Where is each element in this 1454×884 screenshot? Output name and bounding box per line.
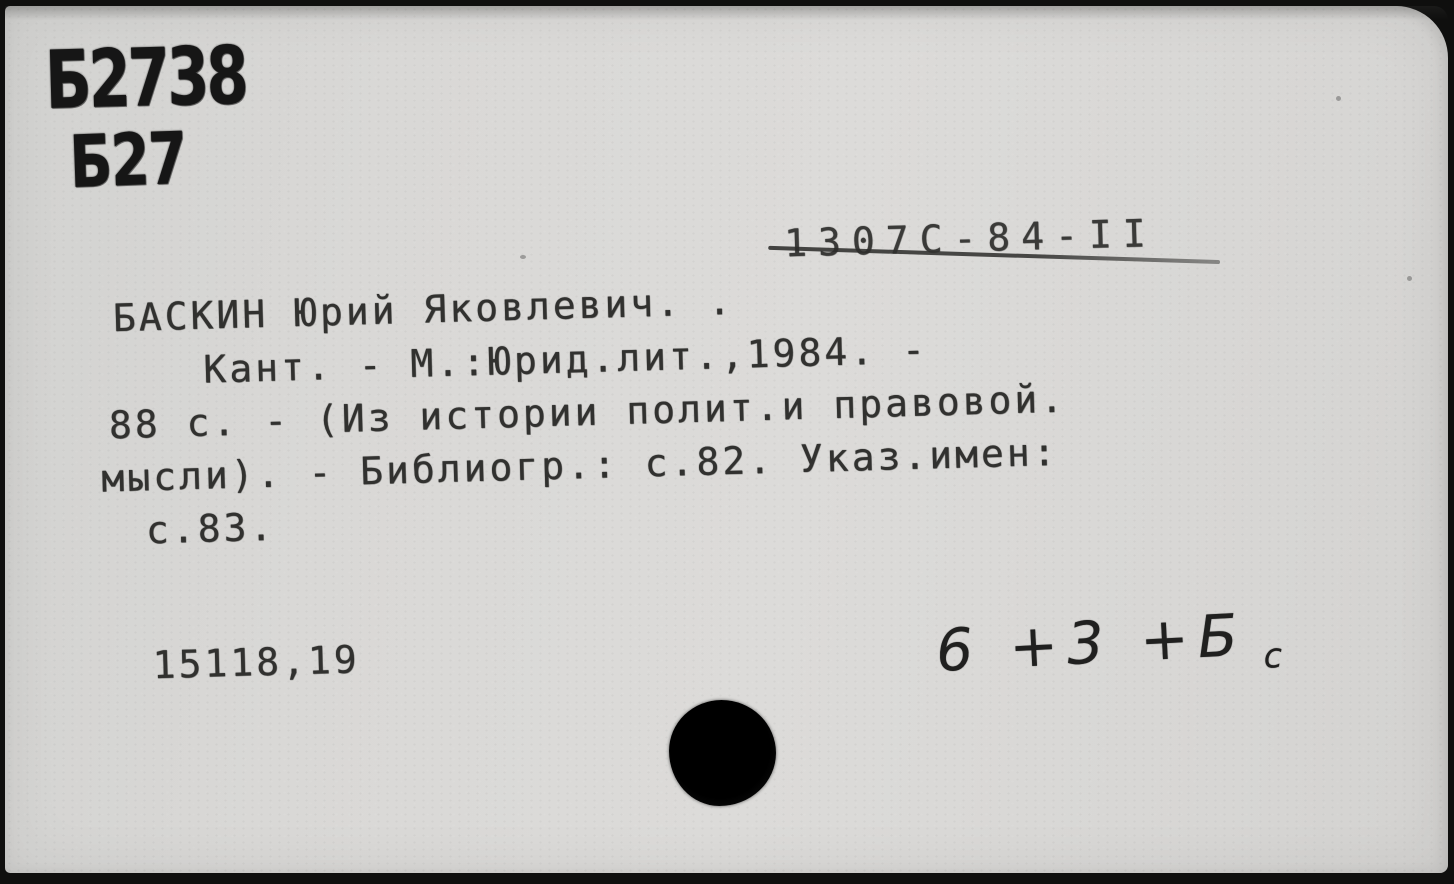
handwritten-call-number-line1: Б2738: [44, 29, 247, 127]
scanned-catalog-card-page: { "scan": { "handwritten_call_number": {…: [0, 0, 1454, 884]
handwritten-call-number-line2: Б27: [68, 116, 187, 204]
scan-speck: [520, 255, 526, 259]
scan-speck: [1336, 96, 1341, 101]
pen-note-suffix: с: [1263, 636, 1284, 677]
scan-speck: [1407, 276, 1412, 281]
handwritten-pen-note: 6 +3 +Бс: [876, 531, 1283, 688]
